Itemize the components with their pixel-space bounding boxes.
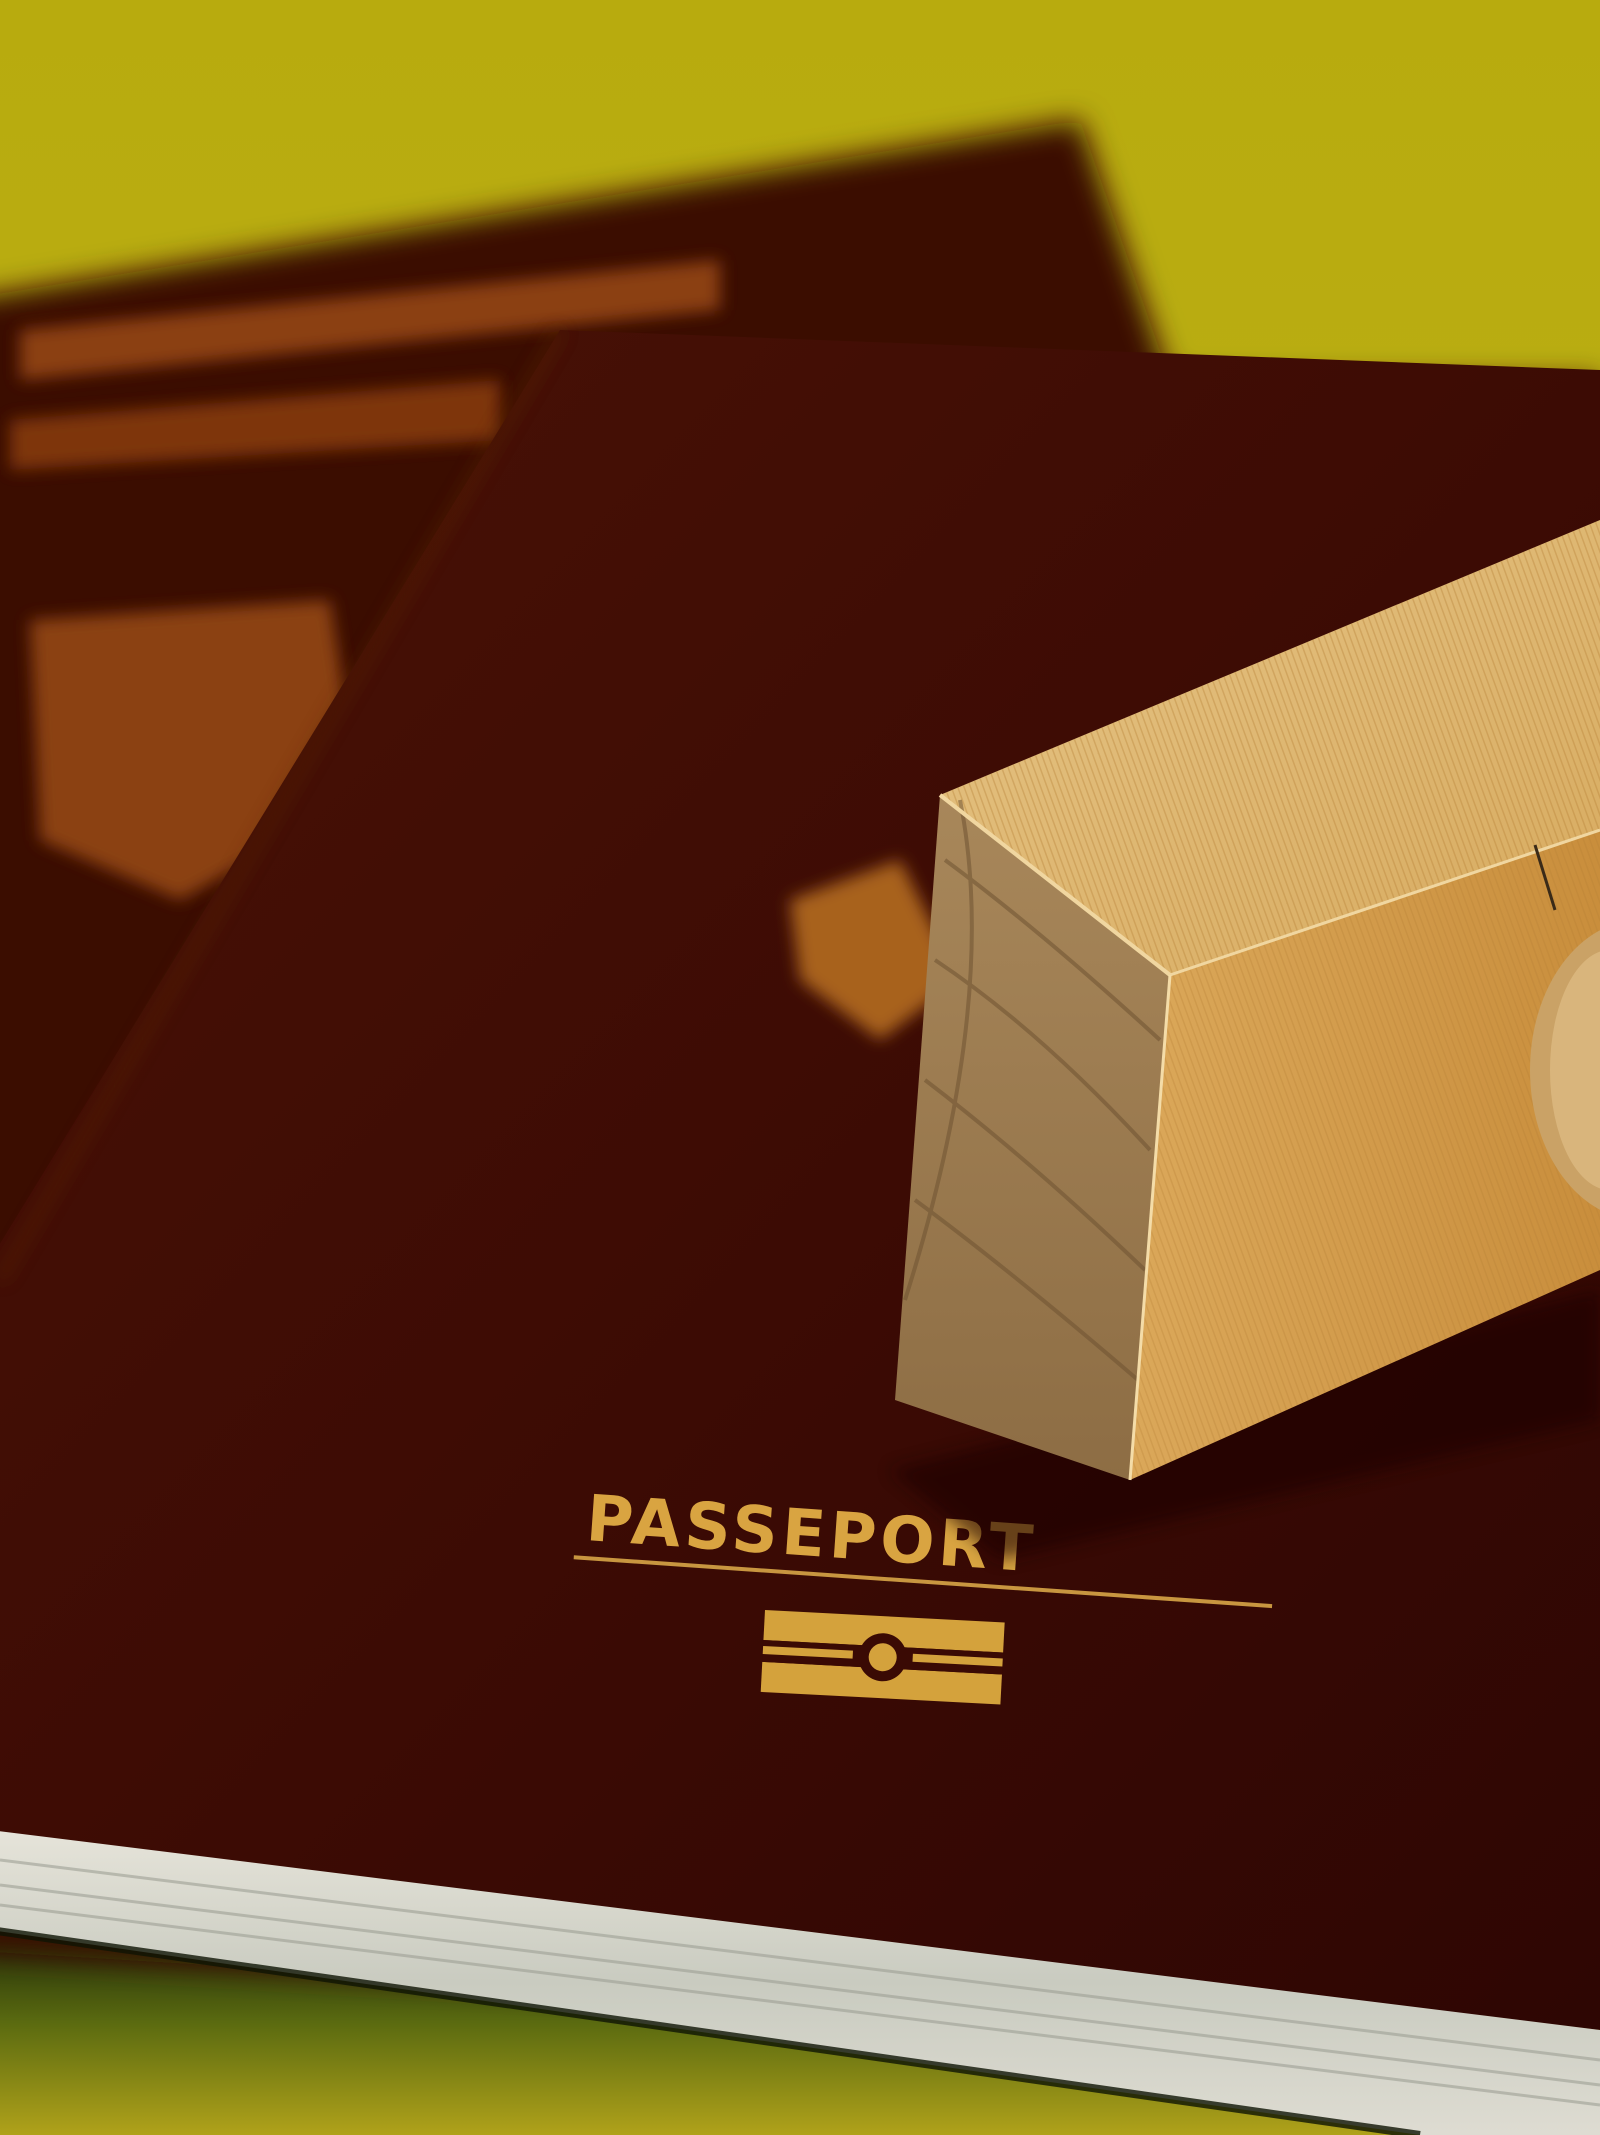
photo-canvas: PASSEPORT — [0, 0, 1600, 2135]
biometric-chip-icon — [761, 1610, 1005, 1704]
passport-photo: PASSEPORT — [0, 0, 1600, 2135]
